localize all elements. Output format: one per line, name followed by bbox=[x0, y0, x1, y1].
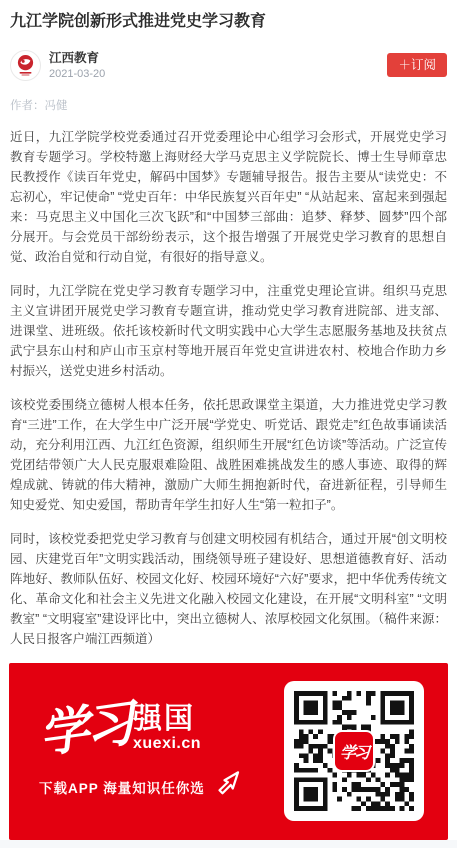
publisher-avatar[interactable] bbox=[10, 50, 41, 81]
paragraph-2: 同时，九江学院在党史学习教育专题学习中，注重党史理论宣讲。组织马克思主义宣讲团开… bbox=[10, 281, 447, 381]
cursor-arrow-icon bbox=[213, 768, 243, 798]
xuexi-calligraphy-text: 学习 bbox=[36, 698, 134, 760]
banner-left-block: 学习 强国 xuexi.cn 下载APP 海量知识任你选 bbox=[39, 704, 243, 798]
paragraph-4: 同时，该校党委把党史学习教育与创建文明校园有机结合，通过开展“创文明校园、庆建党… bbox=[10, 529, 447, 649]
paragraph-1: 近日，九江学院学校党委通过召开党委理论中心组学习会形式，开展党史学习教育专题学习… bbox=[10, 127, 447, 267]
publisher-row: 江西教育 2021-03-20 ＋订阅 bbox=[10, 50, 447, 81]
banner-slogan: 下载APP 海量知识任你选 bbox=[39, 777, 205, 797]
article-page: 九江学院创新形式推进党史学习教育 江西教育 2021-03-20 ＋订阅 作者：… bbox=[0, 0, 457, 848]
author-line: 作者：冯健 bbox=[10, 97, 447, 113]
banner-slogan-row: 下载APP 海量知识任你选 bbox=[39, 776, 243, 798]
article-body: 近日，九江学院学校党委通过召开党委理论中心组学习会形式，开展党史学习教育专题学习… bbox=[10, 127, 447, 649]
subscribe-button[interactable]: ＋订阅 bbox=[387, 53, 447, 78]
publisher-info: 江西教育 2021-03-20 bbox=[49, 51, 387, 80]
publisher-logo-icon bbox=[10, 50, 41, 81]
paragraph-3: 该校党委围绕立德树人根本任务，依托思政课堂主渠道，大力推进党史学习教育“三进”工… bbox=[10, 395, 447, 515]
article-title: 九江学院创新形式推进党史学习教育 bbox=[10, 0, 447, 33]
qr-code: 学习 bbox=[284, 681, 424, 821]
publisher-name[interactable]: 江西教育 bbox=[49, 51, 387, 66]
page-bottom-strip bbox=[0, 840, 457, 848]
xuexi-domain-text: xuexi.cn bbox=[133, 735, 201, 753]
qiangguo-text: 强国 bbox=[133, 704, 201, 734]
xuexi-qiangguo-logo: 学习 强国 xuexi.cn bbox=[39, 704, 243, 754]
xuexi-promo-banner[interactable]: 学习 强国 xuexi.cn 下载APP 海量知识任你选 学习 bbox=[9, 663, 448, 840]
publish-date: 2021-03-20 bbox=[49, 69, 387, 80]
xuexi-app-icon: 学习 bbox=[333, 730, 375, 772]
